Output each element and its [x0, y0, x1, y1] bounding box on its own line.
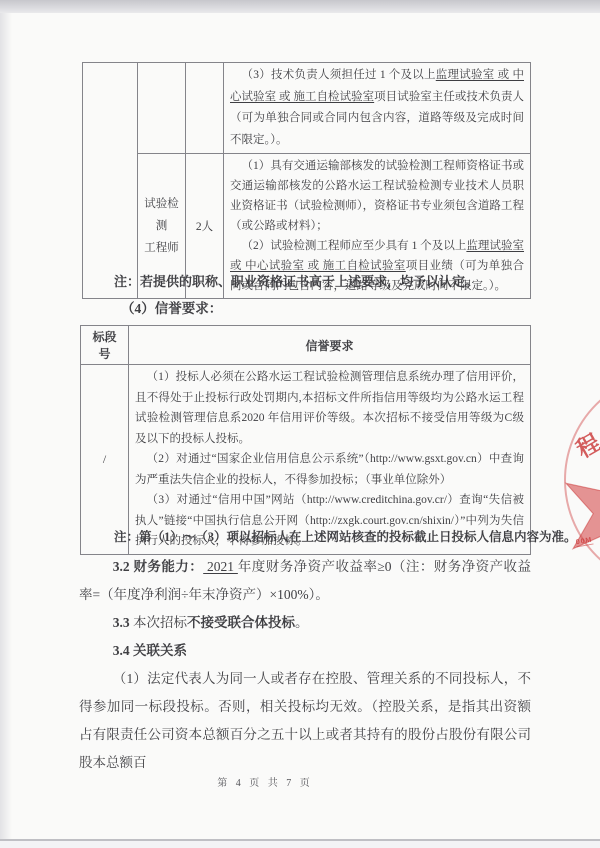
seal-text-character: 程 — [569, 424, 600, 464]
seal-circle-arc — [564, 372, 600, 588]
cell-paragraph: （2）对通过“国家企业信用信息公示系统”（http://www.gsxt.gov… — [135, 449, 524, 490]
table-cell-category-empty — [83, 63, 138, 299]
note-verification-basis: 注：第（1）～（3）项以招标人在上述网站核查的投标截止日投标人信息内容为准。 — [114, 527, 577, 545]
cell-paragraph: （3）技术负责人须担任过 1 个及以上监理试验室 或 中心试验室 或 施工自检试… — [230, 65, 524, 151]
table-cell-tech-leader-requirements: （3）技术负责人须担任过 1 个及以上监理试验室 或 中心试验室 或 施工自检试… — [224, 63, 531, 154]
table-cell-reputation-details: （1）投标人必须在公路水运工程试验检测管理信息系统办理了信用评价，且不得处于止投… — [129, 365, 531, 555]
para-no-consortium: 3.3 本次招标不接受联合体投标。 — [79, 609, 531, 637]
scan-edge-top — [0, 0, 600, 13]
table-cell-section-no: / — [81, 365, 129, 555]
para-affiliation-heading: 3.4 关联关系 — [79, 637, 531, 665]
role-line: 试验检测 — [144, 193, 179, 237]
note-certificates: 注：若提供的职称、职业资格证书高于上述要求，均予以认定。 — [114, 271, 478, 290]
scanned-document-page: （3）技术负责人须担任过 1 个及以上监理试验室 或 中心试验室 或 施工自检试… — [0, 0, 600, 848]
reputation-requirements-table: 标段号 信誉要求 / （1）投标人必须在公路水运工程试验检测管理信息系统办理了信… — [80, 325, 531, 555]
table-cell-role-empty — [138, 63, 186, 154]
para-affiliation-detail: （1）法定代表人为同一人或者存在控股、管理关系的不同投标人，不得参加同一标段投标… — [79, 665, 531, 777]
para-financial-capability: 3.2 财务能力： 2021 年度财务净资产收益率≥0（注：财务净资产收益率=（… — [79, 553, 531, 609]
column-header-reputation: 信誉要求 — [129, 326, 531, 365]
role-line: 工程师 — [144, 237, 179, 259]
cell-paragraph: （1）具有交通运输部核发的试验检测工程师资格证书或交通运输部核发的公路水运工程试… — [230, 156, 524, 236]
body-paragraphs: 3.2 财务能力： 2021 年度财务净资产收益率≥0（注：财务净资产收益率=（… — [79, 553, 531, 777]
heading-reputation-requirements: （4）信誉要求： — [121, 297, 222, 317]
personnel-requirements-table: （3）技术负责人须担任过 1 个及以上监理试验室 或 中心试验室 或 施工自检试… — [82, 62, 531, 299]
table-cell-count-empty — [186, 63, 224, 154]
page-number: 第 4 页 共 7 页 — [0, 774, 530, 789]
scan-edge-bottom — [0, 839, 600, 848]
scan-edge-left — [0, 13, 12, 848]
seal-serial-code: 00M — [575, 537, 593, 548]
cell-paragraph: （1）投标人必须在公路水运工程试验检测管理信息系统办理了信用评价，且不得处于止投… — [135, 367, 524, 449]
column-header-section-no: 标段号 — [81, 326, 129, 365]
seal-star-icon — [550, 442, 600, 572]
